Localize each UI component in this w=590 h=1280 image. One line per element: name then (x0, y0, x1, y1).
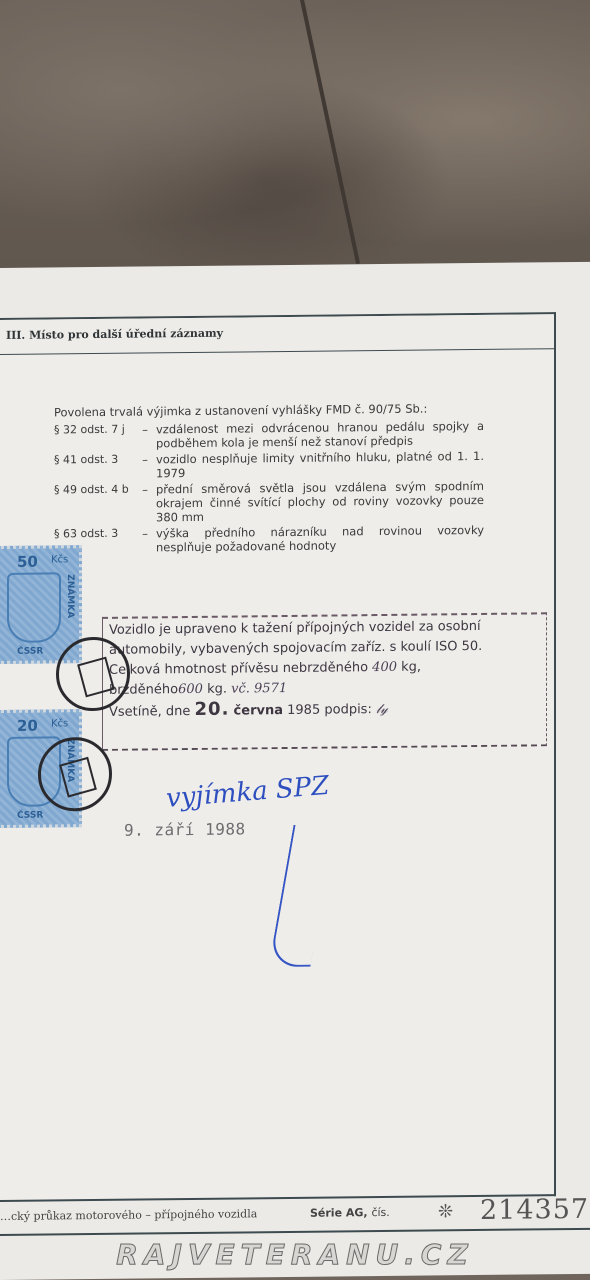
paragraph-ref: § 49 odst. 4 b (54, 483, 134, 526)
floor-crack (300, 0, 360, 264)
exemption-row: § 41 odst. 3 – vozidlo nesplňuje limity … (54, 449, 484, 482)
exemption-intro: Povolena trvalá výjimka z ustanovení vyh… (54, 401, 484, 420)
serial-number: 214357 (480, 1194, 589, 1226)
exemption-list: Povolena trvalá výjimka z ustanovení vyh… (54, 401, 484, 558)
exemption-row: § 63 odst. 3 – výška předního nárazníku … (54, 523, 484, 556)
dash: – (134, 452, 156, 480)
exemption-text: vozidlo nesplňuje limity vnitřního hluku… (156, 449, 484, 480)
section-header: III. Místo pro další úřední záznamy (0, 314, 554, 355)
exemption-row: § 32 odst. 7 j – vzdálenost mezi odvráce… (54, 419, 484, 452)
exemption-text: přední směrová světla jsou vzdálena svým… (156, 479, 484, 524)
footer-text: …cký průkaz motorového – přípojného vozi… (0, 1207, 257, 1223)
document-footer: …cký průkaz motorového – přípojného vozi… (0, 1192, 590, 1236)
dash: – (134, 482, 156, 524)
paragraph-ref: § 41 odst. 3 (54, 453, 134, 482)
exemption-text: výška předního nárazníku nad rovinou voz… (156, 523, 484, 554)
year: 1985 (287, 703, 320, 718)
signature-label: podpis: (324, 702, 371, 717)
official-seal-icon (56, 637, 130, 712)
handwritten-note: vyjímka SPZ (165, 771, 330, 814)
signature-icon: 𝓁𝓎 (376, 702, 388, 717)
dash: – (134, 422, 156, 450)
date-stamp: 9. září 1988 (124, 819, 246, 839)
asterisk-ornament-icon: ❊ (438, 1201, 453, 1222)
place: Vsetíně, dne (109, 704, 190, 720)
paragraph-ref: § 32 odst. 7 j (54, 423, 134, 452)
document-page: III. Místo pro další úřední záznamy Povo… (0, 262, 590, 1280)
pen-signature-icon (268, 824, 335, 967)
braked-weight: 600 (178, 682, 203, 697)
official-seal-icon (38, 737, 112, 812)
unbraked-weight: 400 (372, 660, 397, 675)
coat-of-arms-icon (7, 572, 61, 643)
floor-background (0, 0, 590, 300)
stamp-line-5: Vsetíně, dne 20. června 1985 podpis: 𝓁𝓎 (109, 696, 540, 723)
dash: – (134, 526, 156, 554)
record-frame: III. Místo pro další úřední záznamy Povo… (0, 312, 556, 1202)
section-title: III. Místo pro další úřední záznamy (6, 327, 223, 342)
month: června (234, 703, 283, 719)
exemption-text: vzdálenost mezi odvrácenou hranou pedálu… (156, 419, 484, 450)
footer-series: Série AG, čís. (310, 1206, 390, 1220)
handwritten-ref: vč. 9571 (231, 681, 287, 697)
day: 20. (195, 699, 230, 720)
towing-stamp: Vozidlo je upraveno k tažení přípojných … (102, 612, 547, 751)
watermark: RAJVETERANU.CZ (0, 1238, 590, 1271)
exemption-row: § 49 odst. 4 b – přední směrová světla j… (54, 479, 484, 526)
